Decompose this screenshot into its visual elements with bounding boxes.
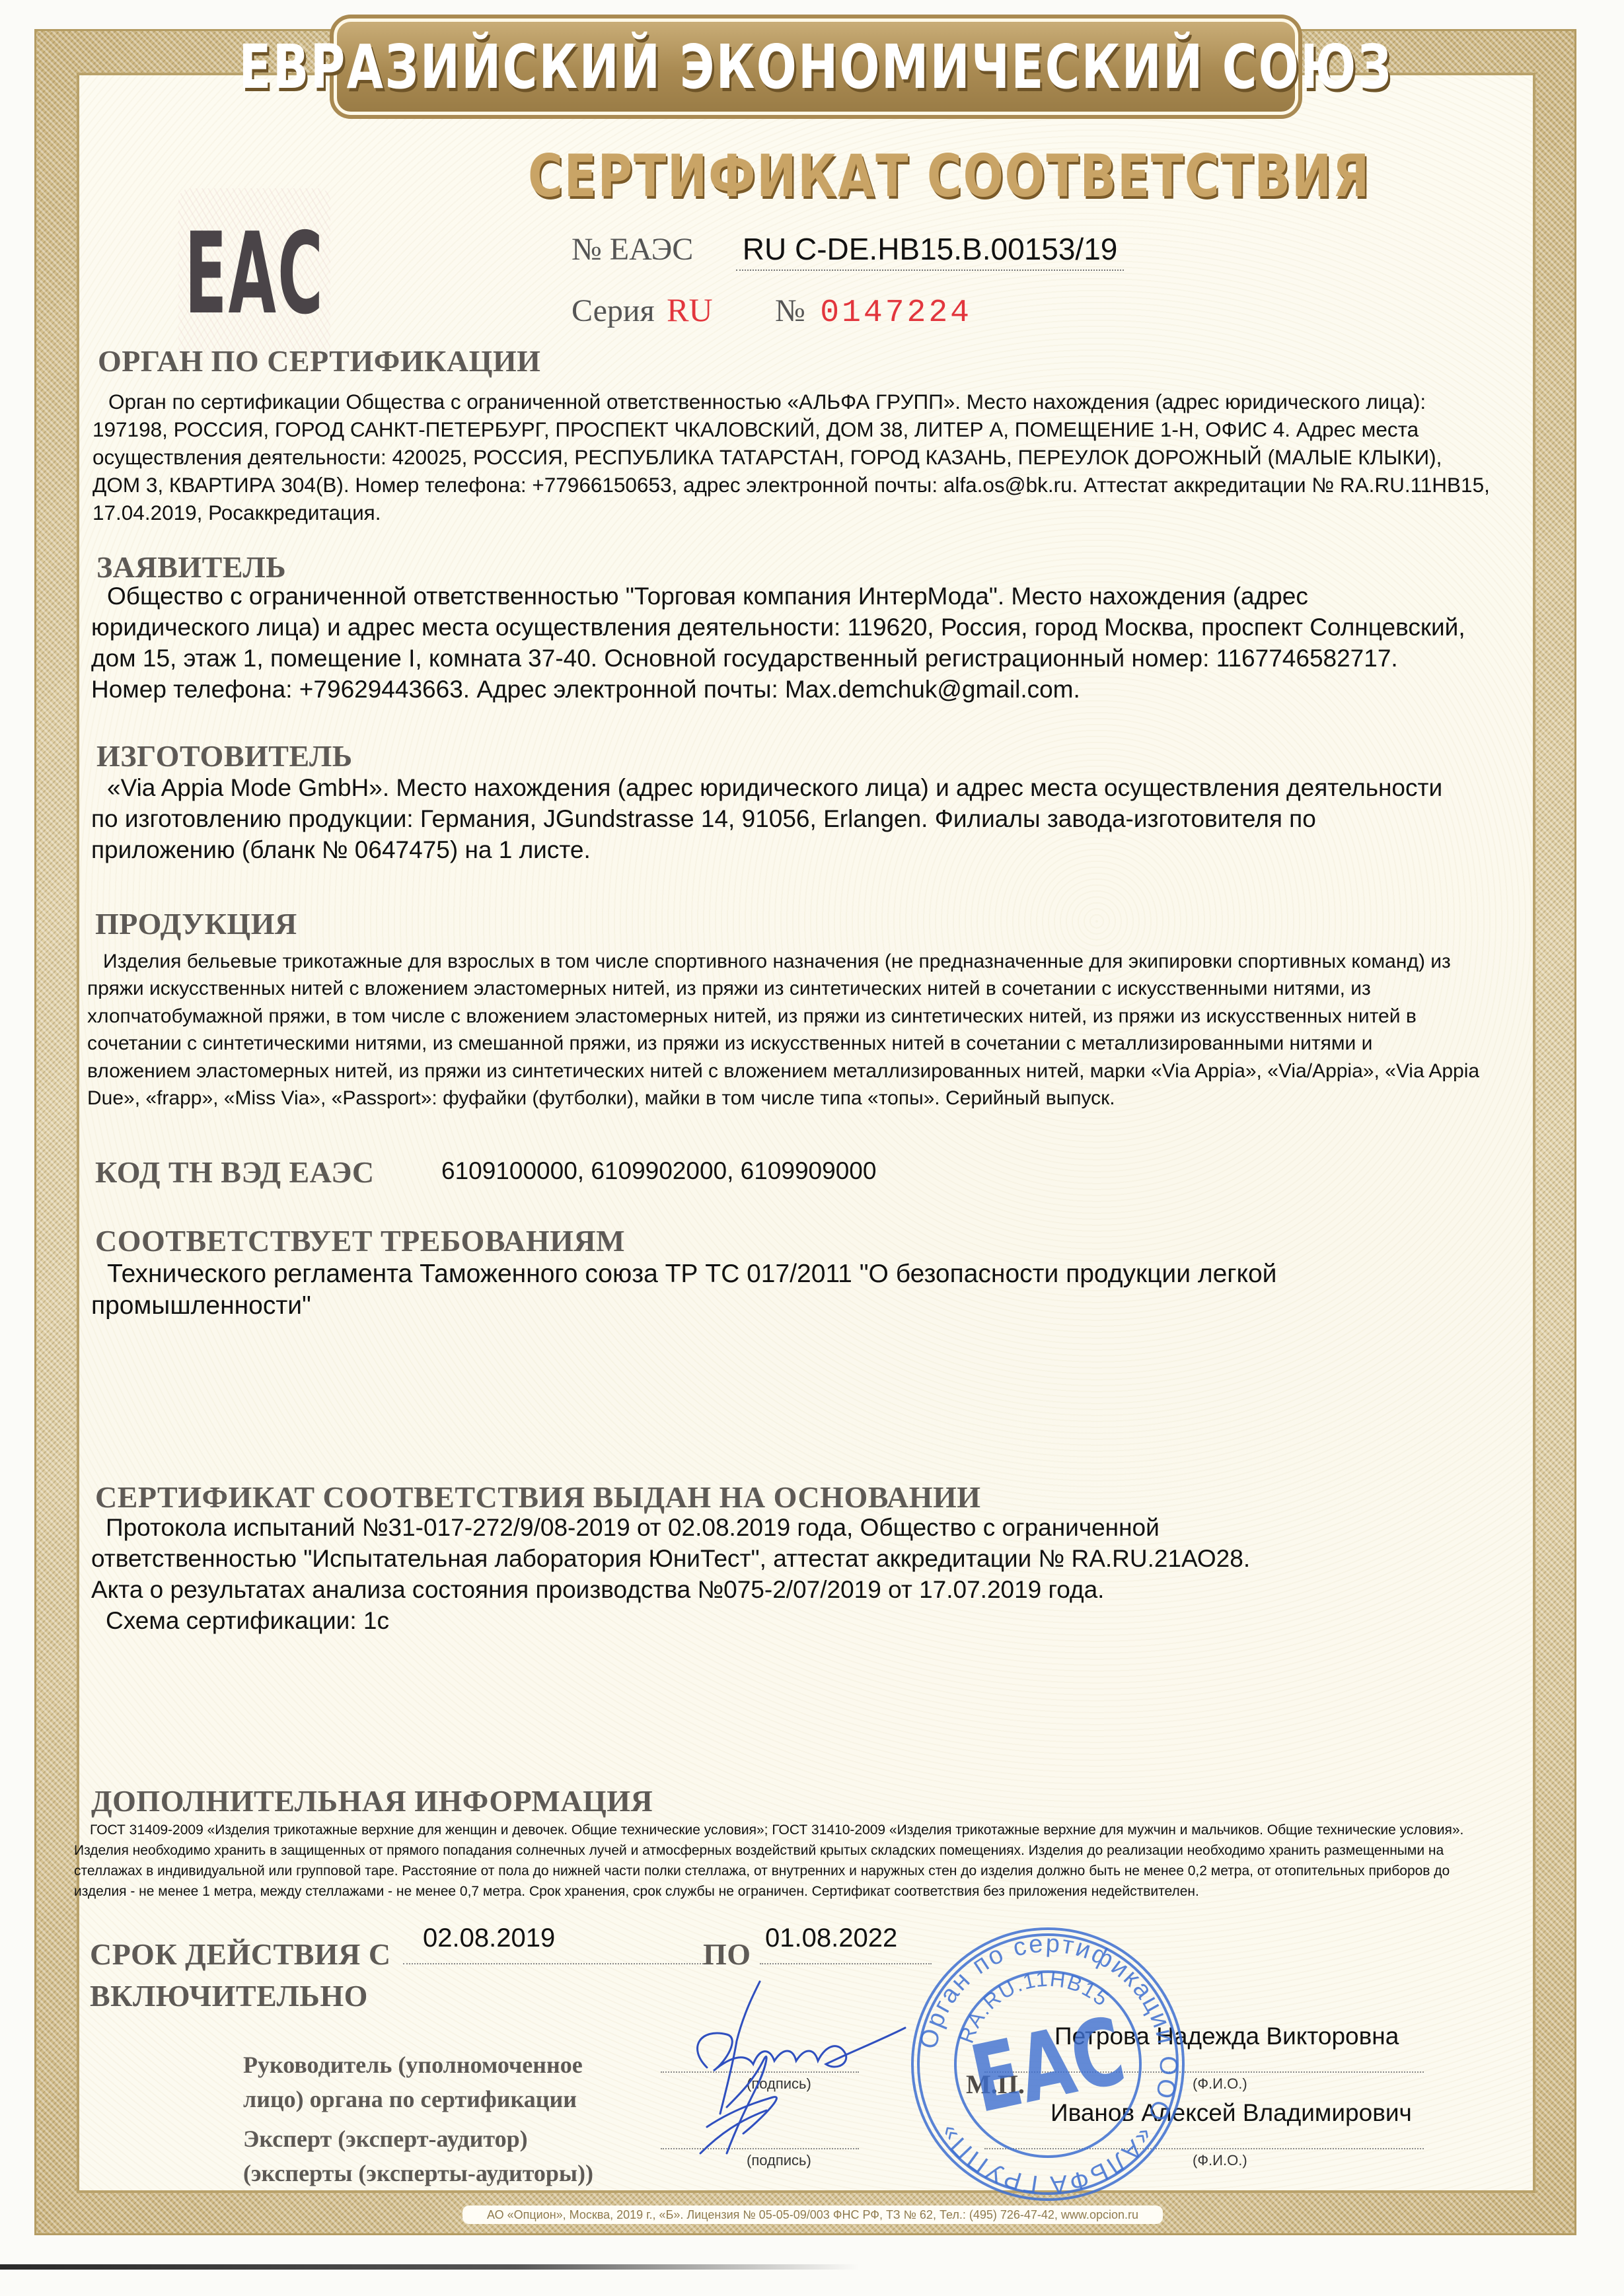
hs-code-value: 6109100000, 6109902000, 6109909000 (441, 1157, 876, 1185)
certification-body-text: Орган по сертификации Общества с огранич… (92, 388, 1493, 526)
certification-body-text-content: Орган по сертификации Общества с огранич… (92, 390, 1490, 524)
blank-number: 0147224 (820, 295, 972, 331)
basis-text: Протокола испытаний №31-017-272/9/08-201… (91, 1513, 1413, 1637)
series-value: RU (667, 291, 712, 328)
additional-info-text: ГОСТ 31409-2009 «Изделия трикотажные вер… (74, 1820, 1468, 1902)
handwritten-signature-icon (628, 1955, 912, 2173)
applicant-text: Общество с ограниченной ответственностью… (91, 581, 1465, 705)
conformity-heading: СООТВЕТСТВУЕТ ТРЕБОВАНИЯМ (95, 1223, 625, 1258)
expert-name-caption: (Ф.И.О.) (1193, 2152, 1247, 2169)
certification-seal-icon: Орган по сертификации ООО «АЛЬФА ГРУПП» … (903, 1919, 1193, 2209)
manufacturer-text: «Via Appia Mode GmbH». Место нахождения … (91, 773, 1465, 866)
head-name-caption: (Ф.И.О.) (1193, 2075, 1247, 2093)
manufacturer-text-content: «Via Appia Mode GmbH». Место нахождения … (91, 774, 1442, 863)
registration-number: RU C-DE.НВ15.В.00153/19 (736, 231, 1125, 271)
series-label: Серия (572, 293, 655, 328)
head-signatory-label-line: Руководитель (уполномоченное (243, 2048, 583, 2082)
basis-line: Акта о результатах анализа состояния про… (91, 1575, 1413, 1606)
head-signatory-label-line: лицо) органа по сертификации (243, 2082, 583, 2116)
blank-number-label: № (775, 293, 805, 328)
validity-to-date: 01.08.2022 (765, 1923, 897, 1953)
eac-logo-text: ЕАС (184, 209, 324, 340)
basis-heading: СЕРТИФИКАТ СООТВЕТСТВИЯ ВЫДАН НА ОСНОВАН… (95, 1480, 981, 1515)
manufacturer-heading: ИЗГОТОВИТЕЛЬ (96, 738, 353, 773)
expert-label: Эксперт (эксперт-аудитор) (эксперты (экс… (243, 2122, 593, 2190)
printer-imprint: АО «Опцион», Москва, 2019 г., «Б». Лицен… (462, 2206, 1163, 2224)
product-text-content: Изделия бельевые трикотажные для взрослы… (87, 951, 1479, 1109)
expert-label-line: (эксперты (эксперты-аудиторы)) (243, 2156, 593, 2190)
eac-logo-icon: ЕАС (178, 188, 330, 360)
union-banner: ЕВРАЗИЙСКИЙ ЭКОНОМИЧЕСКИЙ СОЮЗ (334, 18, 1298, 115)
additional-info-text-content: ГОСТ 31409-2009 «Изделия трикотажные вер… (74, 1822, 1463, 1899)
product-text: Изделия бельевые трикотажные для взрослы… (87, 948, 1481, 1112)
hs-code-heading: КОД ТН ВЭД ЕАЭС (95, 1155, 375, 1190)
registration-number-line: № ЕАЭС RU C-DE.НВ15.В.00153/19 (572, 231, 1124, 271)
applicant-text-content: Общество с ограниченной ответственностью… (91, 583, 1465, 703)
validity-from-date: 02.08.2019 (423, 1923, 555, 1953)
product-heading: ПРОДУКЦИЯ (95, 906, 297, 941)
conformity-text: Технического регламента Таможенного союз… (91, 1258, 1413, 1322)
scan-edge-shadow (0, 2264, 859, 2270)
validity-inclusive-label: ВКЛЮЧИТЕЛЬНО (90, 1978, 368, 2013)
basis-line: ответственностью "Испытательная лаборато… (91, 1544, 1413, 1575)
validity-from-label: СРОК ДЕЙСТВИЯ С (90, 1937, 391, 1972)
additional-info-heading: ДОПОЛНИТЕЛЬНАЯ ИНФОРМАЦИЯ (91, 1783, 653, 1818)
head-signatory-label: Руководитель (уполномоченное лицо) орган… (243, 2048, 583, 2116)
union-banner-text: ЕВРАЗИЙСКИЙ ЭКОНОМИЧЕСКИЙ СОЮЗ (239, 32, 1393, 102)
registration-number-label: № ЕАЭС (572, 232, 693, 267)
certification-body-heading: ОРГАН ПО СЕРТИФИКАЦИИ (98, 343, 540, 378)
expert-label-line: Эксперт (эксперт-аудитор) (243, 2122, 593, 2156)
series-line: Серия RU № 0147224 (572, 291, 972, 331)
basis-line: Протокола испытаний №31-017-272/9/08-201… (91, 1513, 1413, 1544)
applicant-heading: ЗАЯВИТЕЛЬ (96, 550, 286, 585)
certificate-title: СЕРТИФИКАТ СООТВЕТСТВИЯ (528, 142, 1124, 210)
basis-line: Схема сертификации: 1с (91, 1606, 1413, 1637)
conformity-text-content: Технического регламента Таможенного союз… (91, 1260, 1276, 1320)
